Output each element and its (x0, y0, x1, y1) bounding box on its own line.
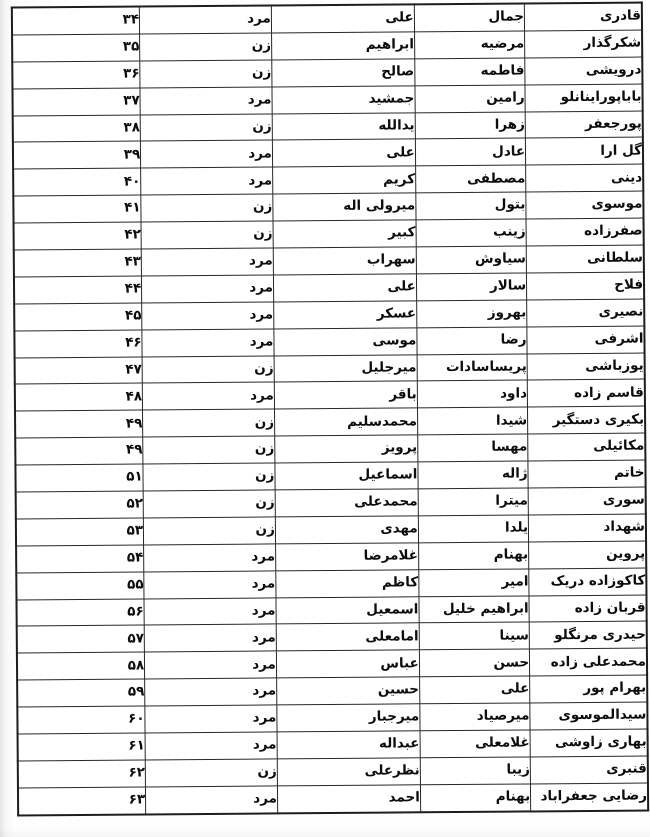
cell-first-name: مرضیه (414, 31, 524, 59)
cell-gender: مرد (146, 786, 278, 814)
cell-gender: مرد (142, 382, 274, 410)
cell-gender: زن (145, 759, 277, 787)
cell-last-name: قربان زاده (529, 595, 647, 623)
cell-father-name: باقر (274, 381, 417, 409)
cell-first-name: امیر (419, 569, 529, 597)
cell-first-name: رضا (417, 327, 527, 355)
cell-last-name: موسوی (526, 191, 644, 219)
cell-last-name: خاتم (528, 460, 646, 488)
cell-father-name: محمدعلی (275, 489, 418, 517)
cell-father-name: اسمعیل (276, 596, 419, 624)
cell-first-name: فاطمه (415, 58, 525, 86)
cell-gender: زن (142, 356, 274, 384)
cell-first-name: مهسا (418, 434, 528, 462)
cell-gender: مرد (145, 678, 277, 706)
cell-gender: زن (143, 490, 275, 518)
cell-gender: مرد (141, 140, 273, 168)
cell-first-name: بهنام (418, 542, 528, 570)
cell-gender: مرد (140, 5, 272, 33)
cell-first-name: پریساسادات (417, 354, 527, 382)
cell-last-name: سیدالموسوی (530, 702, 648, 730)
cell-row-number: ۶۱ (18, 733, 146, 761)
cell-last-name: حیدری مرنگلو (529, 622, 647, 650)
cell-last-name: گل ارا (525, 137, 643, 165)
cell-first-name: جمال (414, 3, 524, 31)
cell-gender: زن (140, 60, 272, 88)
cell-row-number: ۶۲ (18, 760, 146, 788)
cell-first-name: میترا (418, 488, 528, 516)
cell-row-number: ۵۴ (16, 545, 144, 573)
cell-father-name: غلامرضا (275, 543, 418, 571)
cell-last-name: سوری (528, 487, 646, 515)
cell-gender: زن (143, 463, 275, 491)
cell-father-name: میرجبار (277, 704, 420, 732)
cell-row-number: ۳۴ (12, 6, 140, 34)
cell-last-name: پورجعفر (525, 111, 643, 139)
cell-row-number: ۴۹ (15, 410, 143, 438)
cell-row-number: ۴۹ (15, 437, 143, 465)
cell-first-name: زینب (416, 219, 526, 247)
cell-father-name: یدالله (272, 112, 415, 140)
cell-father-name: کریم (272, 166, 415, 194)
scan-tilt-wrapper: قادری جمال علی مرد ۳۴ شکرگذار مرضیه ابرا… (11, 2, 649, 817)
cell-father-name: مهدی (275, 516, 418, 544)
cell-father-name: احمد (277, 785, 420, 814)
cell-gender: زن (143, 436, 275, 464)
cell-gender: زن (140, 114, 272, 142)
cell-first-name: علی (419, 676, 529, 704)
cell-last-name: نصیری (527, 299, 645, 327)
cell-first-name: بهروز (416, 300, 526, 328)
cell-first-name: سینا (419, 622, 529, 650)
cell-gender: مرد (144, 544, 276, 572)
cell-father-name: علی (271, 4, 414, 33)
cell-first-name: بتول (416, 192, 526, 220)
cell-father-name: امامعلی (276, 623, 419, 651)
cell-gender: مرد (144, 598, 276, 626)
cell-row-number: ۵۸ (17, 652, 145, 680)
cell-first-name: عادل (415, 138, 525, 166)
cell-last-name: باباپوراینانلو (525, 84, 643, 112)
cell-first-name: غلامعلی (420, 730, 530, 758)
cell-first-name: مصطفی (415, 165, 525, 193)
cell-row-number: ۴۵ (14, 303, 142, 331)
cell-father-name: عبداله (277, 731, 420, 759)
cell-gender: مرد (140, 87, 272, 115)
cell-last-name: محمدعلی زاده (529, 648, 647, 676)
cell-row-number: ۴۶ (14, 330, 142, 358)
cell-father-name: عسکر (274, 301, 417, 329)
cell-row-number: ۳۵ (12, 34, 140, 62)
cell-last-name: شهداد (528, 514, 646, 542)
cell-row-number: ۴۰ (13, 168, 141, 196)
cell-first-name: ژاله (418, 461, 528, 489)
cell-row-number: ۶۰ (17, 706, 145, 734)
cell-father-name: موسی (274, 328, 417, 356)
cell-last-name: اشرفی (527, 326, 645, 354)
cell-row-number: ۶۳ (18, 787, 146, 815)
cell-gender: مرد (145, 732, 277, 760)
cell-father-name: علی (272, 139, 415, 167)
cell-first-name: یلدا (418, 515, 528, 543)
cell-last-name: رضایی جعفراباد (531, 783, 649, 811)
cell-last-name: پروین (529, 541, 647, 569)
cell-father-name: جمشید (272, 85, 415, 113)
cell-row-number: ۴۸ (15, 383, 143, 411)
cell-gender: زن (141, 221, 273, 249)
cell-last-name: یوزباشی (527, 353, 645, 381)
cell-gender: مرد (145, 705, 277, 733)
cell-first-name: بهنام (420, 784, 530, 812)
cell-row-number: ۵۲ (16, 491, 144, 519)
cell-last-name: کاکوزاده دریک (529, 568, 647, 596)
cell-last-name: مکائیلی (528, 433, 646, 461)
cell-gender: مرد (144, 624, 276, 652)
cell-last-name: بکیری دستگیر (528, 406, 646, 434)
cell-row-number: ۳۹ (13, 141, 141, 169)
cell-row-number: ۳۷ (12, 88, 140, 116)
cell-father-name: کاظم (276, 570, 419, 598)
cell-first-name: سیاوش (416, 246, 526, 274)
cell-first-name: حسن (419, 649, 529, 677)
cell-last-name: درویشی (525, 57, 643, 85)
cell-last-name: سلطانی (526, 245, 644, 273)
cell-first-name: داود (417, 380, 527, 408)
roster-table: قادری جمال علی مرد ۳۴ شکرگذار مرضیه ابرا… (11, 2, 649, 817)
cell-row-number: ۵۹ (17, 679, 145, 707)
cell-row-number: ۴۴ (14, 276, 142, 304)
cell-gender: مرد (142, 302, 274, 330)
cell-first-name: زهرا (415, 112, 525, 140)
cell-father-name: علی (273, 274, 416, 302)
cell-last-name: صفرزاده (526, 218, 644, 246)
cell-gender: مرد (142, 275, 274, 303)
cell-gender: مرد (142, 329, 274, 357)
cell-first-name: شیدا (417, 407, 527, 435)
cell-father-name: حسین (276, 677, 419, 705)
cell-father-name: صالح (272, 59, 415, 87)
cell-row-number: ۵۷ (17, 625, 145, 653)
cell-gender: مرد (144, 571, 276, 599)
cell-father-name: محمدسلیم (274, 408, 417, 436)
cell-last-name: قاسم زاده (527, 379, 645, 407)
cell-row-number: ۴۲ (14, 222, 142, 250)
cell-first-name: سالار (416, 273, 526, 301)
cell-father-name: میرولی اله (273, 193, 416, 221)
cell-gender: مرد (141, 167, 273, 195)
scanned-page: قادری جمال علی مرد ۳۴ شکرگذار مرضیه ابرا… (0, 0, 650, 837)
cell-last-name: دینی (526, 164, 644, 192)
cell-last-name: بهرام پور (530, 675, 648, 703)
cell-gender: زن (143, 409, 275, 437)
cell-gender: زن (140, 33, 272, 61)
cell-father-name: کبیر (273, 220, 416, 248)
table-row: رضایی جعفراباد بهنام احمد مرد ۶۳ (18, 783, 648, 815)
cell-father-name: اسماعیل (275, 462, 418, 490)
cell-first-name: رامین (415, 85, 525, 113)
cell-last-name: بهاری زاوشی (530, 729, 648, 757)
roster-table-body: قادری جمال علی مرد ۳۴ شکرگذار مرضیه ابرا… (12, 3, 648, 816)
cell-row-number: ۳۶ (12, 61, 140, 89)
cell-father-name: پرویز (275, 435, 418, 463)
cell-father-name: ابراهیم (271, 32, 414, 60)
cell-last-name: شکرگذار (525, 30, 643, 58)
cell-row-number: ۴۱ (13, 195, 141, 223)
cell-first-name: زیبا (420, 757, 530, 785)
cell-gender: زن (144, 517, 276, 545)
cell-father-name: میرجلیل (274, 354, 417, 382)
cell-last-name: فلاح (527, 272, 645, 300)
cell-gender: مرد (141, 248, 273, 276)
cell-row-number: ۴۷ (15, 357, 143, 385)
cell-row-number: ۵۳ (16, 518, 144, 546)
cell-father-name: عباس (276, 650, 419, 678)
cell-row-number: ۴۳ (14, 249, 142, 277)
cell-father-name: سهراب (273, 247, 416, 275)
cell-first-name: میرصیاد (420, 703, 530, 731)
cell-row-number: ۵۵ (16, 572, 144, 600)
cell-row-number: ۵۱ (15, 464, 143, 492)
cell-first-name: ابراهیم خلیل (419, 596, 529, 624)
cell-row-number: ۳۸ (13, 115, 141, 143)
cell-gender: مرد (145, 651, 277, 679)
cell-gender: زن (141, 194, 273, 222)
cell-last-name: قنبری (530, 756, 648, 784)
cell-last-name: قادری (524, 3, 642, 31)
cell-father-name: نظرعلی (277, 758, 420, 786)
cell-row-number: ۵۶ (16, 599, 144, 627)
